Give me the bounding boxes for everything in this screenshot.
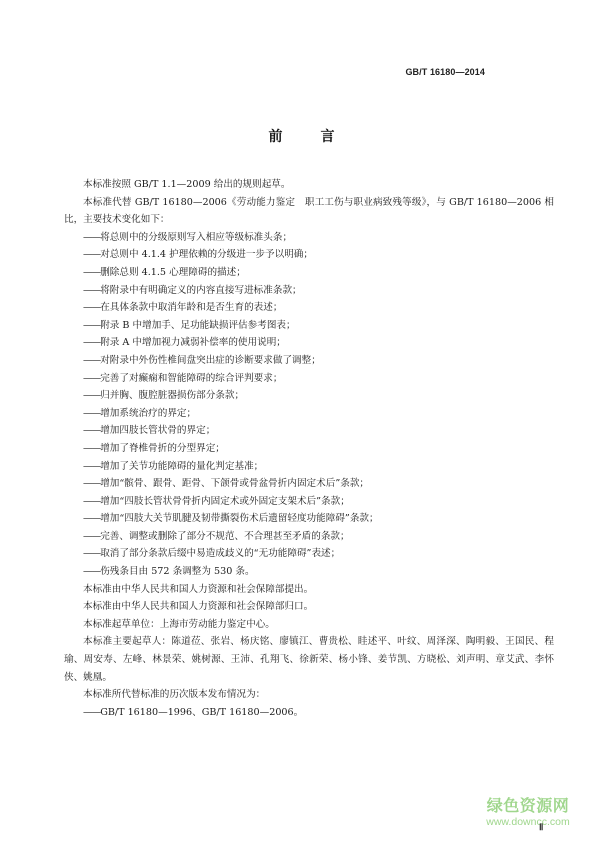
list-item: ——增加系统治疗的界定； <box>64 405 554 423</box>
list-item: ——对附录中外伤性椎间盘突出症的诊断要求做了调整； <box>64 352 554 370</box>
list-item: ——将附录中有明确定义的内容直接写进标准条款； <box>64 282 554 300</box>
list-item: ——完善了对癫痫和智能障碍的综合评判要求； <box>64 370 554 388</box>
foreword-body: 本标准按照 GB/T 1.1—2009 给出的规则起草。 本标准代替 GB/T … <box>64 176 554 721</box>
list-item: ——增加“四肢长管状骨骨折内固定术或外固定支架术后”条款； <box>64 493 554 511</box>
list-item: ——增加四肢长管状骨的界定； <box>64 422 554 440</box>
list-item: ——伤残条目由 572 条调整为 530 条。 <box>64 563 554 581</box>
standard-code-header: GB/T 16180—2014 <box>405 67 485 77</box>
list-item: ——附录 B 中增加手、足功能缺损评估参考图表； <box>64 317 554 335</box>
paragraph-drafting-rules: 本标准按照 GB/T 1.1—2009 给出的规则起草。 <box>64 176 554 194</box>
page-number: Ⅱ <box>539 822 543 833</box>
list-item: ——对总则中 4.1.4 护理依赖的分级进一步予以明确； <box>64 246 554 264</box>
list-item: ——增加了关节功能障碍的量化判定基准； <box>64 458 554 476</box>
list-item: ——附录 A 中增加视力减弱补偿率的使用说明； <box>64 334 554 352</box>
changes-list: ——将总则中的分级原则写入相应等级标准头条； ——对总则中 4.1.4 护理依赖… <box>64 229 554 581</box>
list-item: ——将总则中的分级原则写入相应等级标准头条； <box>64 229 554 247</box>
list-item: ——删除总则 4.1.5 心理障碍的描述； <box>64 264 554 282</box>
page-title: 前言 <box>0 126 603 146</box>
document-page: GB/T 16180—2014 前言 本标准按照 GB/T 1.1—2009 给… <box>0 0 603 850</box>
title-char-2: 言 <box>321 126 335 146</box>
history-list-item: ——GB/T 16180—1996、GB/T 16180—2006。 <box>64 704 554 722</box>
watermark-url: www.downcc.com <box>468 816 588 829</box>
paragraph-replaces: 本标准代替 GB/T 16180—2006《劳动能力鉴定 职工工伤与职业病致残等… <box>64 194 554 229</box>
list-item: ——取消了部分条款后缀中易造成歧义的“无功能障碍”表述； <box>64 545 554 563</box>
paragraph-history-intro: 本标准所代替标准的历次版本发布情况为： <box>64 686 554 704</box>
list-item: ——归并胸、腹腔脏器损伤部分条款； <box>64 387 554 405</box>
site-watermark: 绿色资源网 www.downcc.com <box>468 796 588 829</box>
paragraph-proposed-by: 本标准由中华人民共和国人力资源和社会保障部提出。 <box>64 581 554 599</box>
paragraph-drafting-unit: 本标准起草单位：上海市劳动能力鉴定中心。 <box>64 616 554 634</box>
list-item: ——增加“髌骨、跟骨、距骨、下颌骨或骨盆骨折内固定术后”条款； <box>64 475 554 493</box>
title-char-1: 前 <box>269 126 283 146</box>
list-item: ——增加“四肢大关节肌腱及韧带撕裂伤术后遗留轻度功能障碍”条款； <box>64 510 554 528</box>
list-item: ——增加了脊椎骨折的分型界定； <box>64 440 554 458</box>
paragraph-drafters: 本标准主要起草人：陈道莅、张岩、杨庆铭、廖镇江、曹贵松、眭述平、叶纹、周泽深、陶… <box>64 633 554 686</box>
list-item: ——在具体条款中取消年龄和是否生育的表述； <box>64 299 554 317</box>
paragraph-jurisdiction: 本标准由中华人民共和国人力资源和社会保障部归口。 <box>64 598 554 616</box>
watermark-site-name: 绿色资源网 <box>468 796 588 816</box>
list-item: ——完善、调整或删除了部分不规范、不合理甚至矛盾的条款； <box>64 528 554 546</box>
